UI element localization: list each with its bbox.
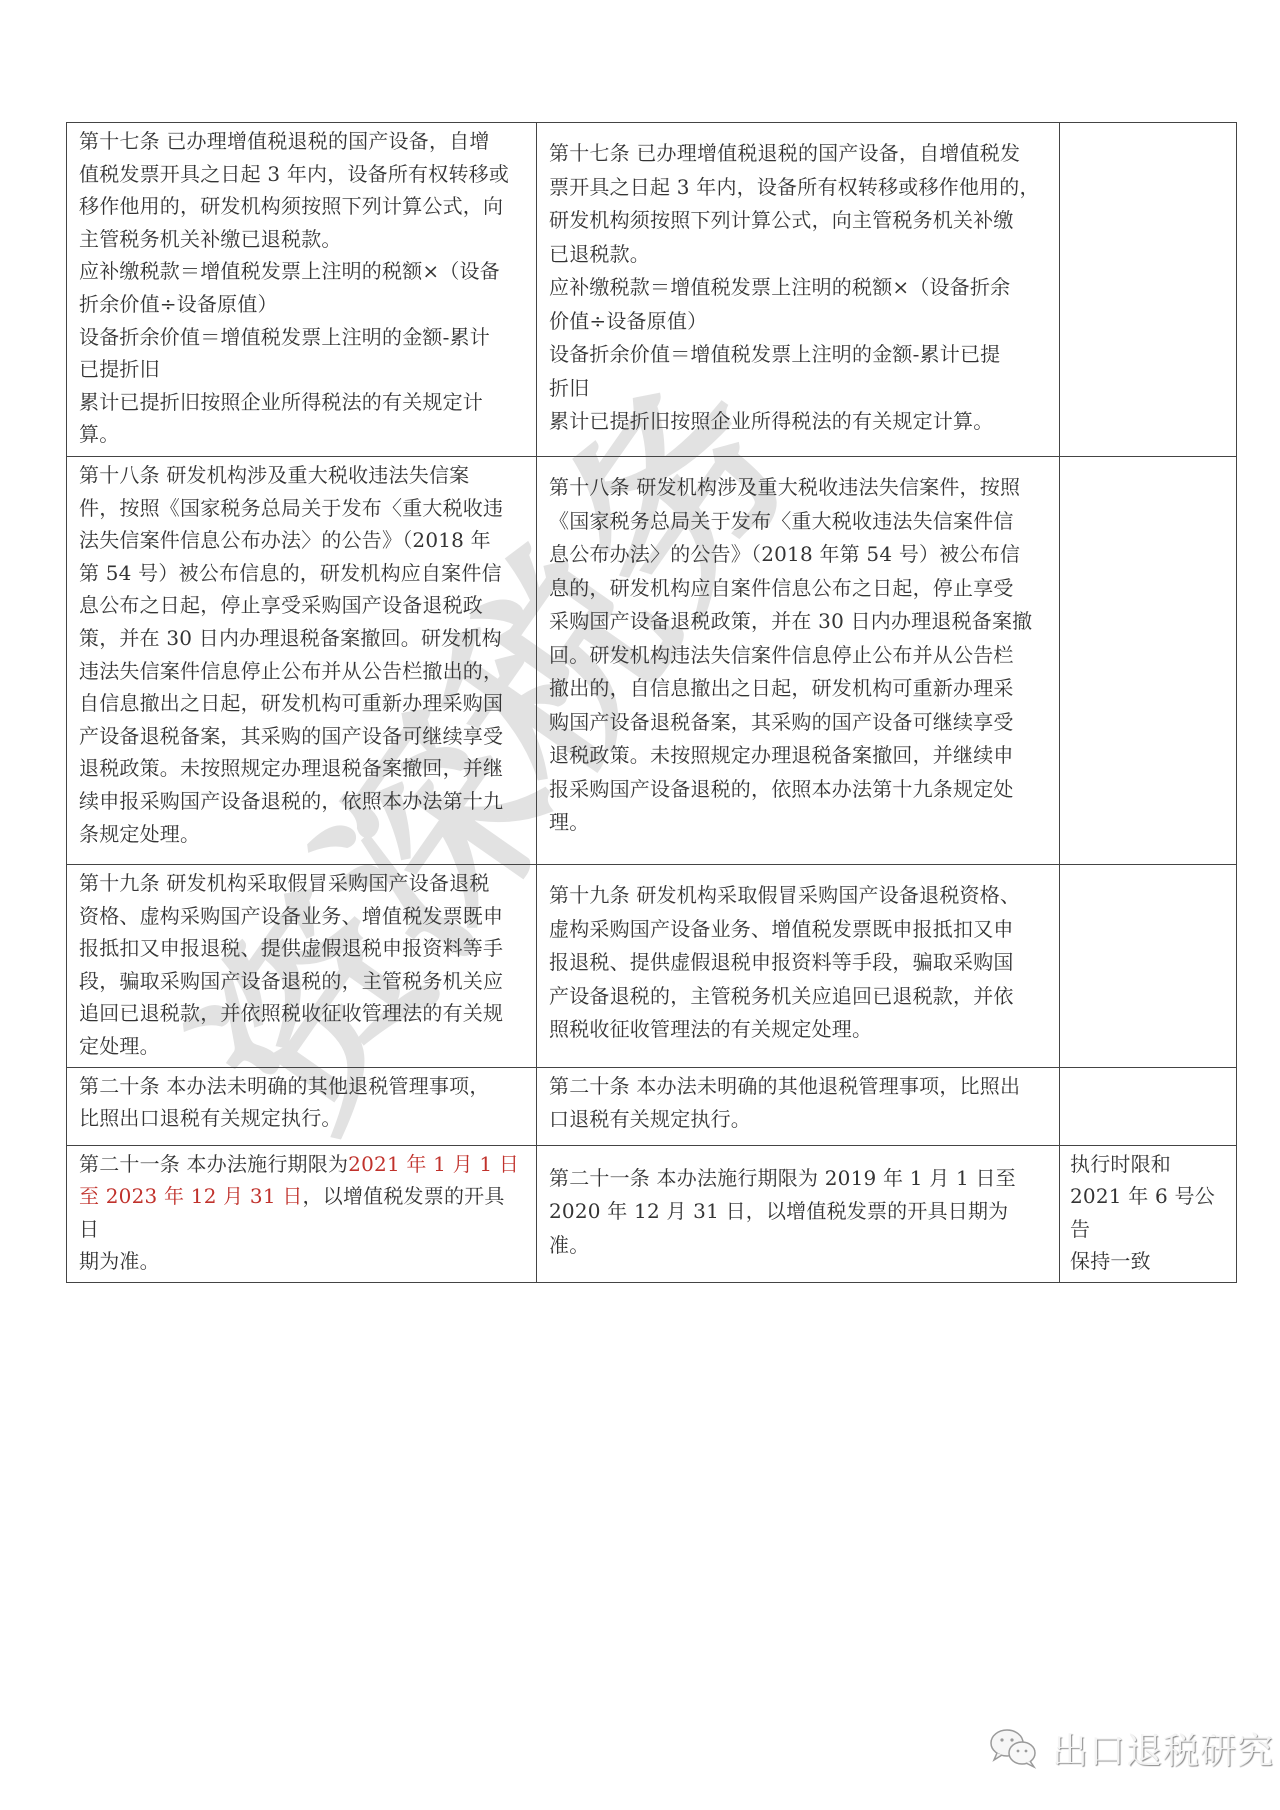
text-line: 报抵扣又申报退税、提供虚假退税申报资料等手: [79, 932, 524, 965]
note-cell: [1060, 1067, 1237, 1145]
text-line: 口退税有关规定执行。: [549, 1103, 1047, 1137]
text-line: 第十九条 研发机构采取假冒采购国产设备退税资格、: [549, 879, 1047, 913]
text-line: 采购国产设备退税政策，并在 30 日内办理退税备案撤: [549, 605, 1047, 639]
text-line: 期为准。: [79, 1245, 524, 1278]
text-line: 产设备退税备案，其采购的国产设备可继续享受: [79, 720, 524, 753]
text-line: 息公布办法〉的公告》（2018 年第 54 号）被公布信: [549, 538, 1047, 572]
footer-brand: 出口退税研究: [988, 1724, 1274, 1772]
note-line: 执行时限和: [1070, 1148, 1224, 1181]
text-line: 折旧: [549, 372, 1047, 406]
text-line: 资格、虚构采购国产设备业务、增值税发票既申: [79, 900, 524, 933]
text-line: 报退税、提供虚假退税申报资料等手段，骗取采购国: [549, 946, 1047, 980]
note-line: 保持一致: [1070, 1245, 1224, 1278]
old-text-cell: 第二十一条 本办法施行期限为 2019 年 1 月 1 日至 2020 年 12…: [537, 1145, 1060, 1282]
text-line: 定处理。: [79, 1030, 524, 1063]
text-line: 条规定处理。: [79, 818, 524, 851]
text-line: 自信息撤出之日起，研发机构可重新办理采购国: [79, 687, 524, 720]
text-line: 第十七条 已办理增值税退税的国产设备，自增值税发: [549, 137, 1047, 171]
note-cell: [1060, 457, 1237, 865]
document-page: 资深税务 第十七条 已办理增值税退税的国产设备，自增 值税发票开具之日起 3 年…: [0, 0, 1280, 1810]
brand-name: 出口退税研究: [1052, 1723, 1274, 1774]
text-line: 退税政策。未按照规定办理退税备案撤回，并继: [79, 752, 524, 785]
text-line: 追回已退税款，并依照税收征收管理法的有关规: [79, 997, 524, 1030]
text-line: 回。研发机构违法失信案件信息停止公布并从公告栏: [549, 639, 1047, 673]
text-line: 第十九条 研发机构采取假冒采购国产设备退税: [79, 867, 524, 900]
text-line: 息的，研发机构应自案件信息公布之日起，停止享受: [549, 572, 1047, 606]
text-line: 产设备退税的，主管税务机关应追回已退税款，并依: [549, 980, 1047, 1014]
text-line: 第二十条 本办法未明确的其他退税管理事项，比照出: [549, 1070, 1047, 1104]
new-text-cell: 第二十条 本办法未明确的其他退税管理事项， 比照出口退税有关规定执行。: [67, 1067, 537, 1145]
text-line: 累计已提折旧按照企业所得税法的有关规定计: [79, 386, 524, 419]
text-line: 策，并在 30 日内办理退税备案撤回。研发机构: [79, 622, 524, 655]
text-line: 比照出口退税有关规定执行。: [79, 1102, 524, 1135]
wechat-icon: [988, 1726, 1040, 1770]
new-text-cell: 第十九条 研发机构采取假冒采购国产设备退税 资格、虚构采购国产设备业务、增值税发…: [67, 865, 537, 1068]
note-cell: [1060, 123, 1237, 457]
text-line: 购国产设备退税备案，其采购的国产设备可继续享受: [549, 706, 1047, 740]
text-line: 累计已提折旧按照企业所得税法的有关规定计算。: [549, 405, 1047, 439]
text-line: 值税发票开具之日起 3 年内，设备所有权转移或: [79, 158, 524, 191]
text-line: 应补缴税款＝增值税发票上注明的税额×（设备折余: [549, 271, 1047, 305]
text-line: 移作他用的，研发机构须按照下列计算公式，向: [79, 190, 524, 223]
table-row: 第十七条 已办理增值税退税的国产设备，自增 值税发票开具之日起 3 年内，设备所…: [67, 123, 1237, 457]
table-row: 第二十条 本办法未明确的其他退税管理事项， 比照出口退税有关规定执行。 第二十条…: [67, 1067, 1237, 1145]
text-line: 第 54 号）被公布信息的，研发机构应自案件信: [79, 557, 524, 590]
text-line: 理。: [549, 806, 1047, 840]
old-text-cell: 第二十条 本办法未明确的其他退税管理事项，比照出 口退税有关规定执行。: [537, 1067, 1060, 1145]
new-text-cell: 第十七条 已办理增值税退税的国产设备，自增 值税发票开具之日起 3 年内，设备所…: [67, 123, 537, 457]
text-line: 已退税款。: [549, 238, 1047, 272]
text-line: 退税政策。未按照规定办理退税备案撤回，并继续申: [549, 739, 1047, 773]
text-line: 价值÷设备原值）: [549, 305, 1047, 339]
text-line: 第十八条 研发机构涉及重大税收违法失信案: [79, 459, 524, 492]
note-line: 2021 年 6 号公告: [1070, 1180, 1224, 1245]
text-line: 研发机构须按照下列计算公式，向主管税务机关补缴: [549, 204, 1047, 238]
text-line: 折余价值÷设备原值）: [79, 288, 524, 321]
text-line: 设备折余价值＝增值税发票上注明的金额-累计已提: [549, 338, 1047, 372]
comparison-table: 第十七条 已办理增值税退税的国产设备，自增 值税发票开具之日起 3 年内，设备所…: [66, 122, 1237, 1283]
text-line: 法失信案件信息公布办法〉的公告》（2018 年: [79, 524, 524, 557]
text-line: 段，骗取采购国产设备退税的，主管税务机关应: [79, 965, 524, 998]
text-line: 第十八条 研发机构涉及重大税收违法失信案件，按照: [549, 471, 1047, 505]
old-text-cell: 第十九条 研发机构采取假冒采购国产设备退税资格、 虚构采购国产设备业务、增值税发…: [537, 865, 1060, 1068]
text-line: 违法失信案件信息停止公布并从公告栏撤出的，: [79, 655, 524, 688]
text-line: 照税收征收管理法的有关规定处理。: [549, 1013, 1047, 1047]
text-line: 第十七条 已办理增值税退税的国产设备，自增: [79, 125, 524, 158]
text-line: 票开具之日起 3 年内，设备所有权转移或移作他用的，: [549, 171, 1047, 205]
text-line: 至 2023 年 12 月 31 日，以增值税发票的开具日: [79, 1180, 524, 1245]
old-text-cell: 第十七条 已办理增值税退税的国产设备，自增值税发 票开具之日起 3 年内，设备所…: [537, 123, 1060, 457]
table-row: 第十九条 研发机构采取假冒采购国产设备退税 资格、虚构采购国产设备业务、增值税发…: [67, 865, 1237, 1068]
new-text-cell: 第十八条 研发机构涉及重大税收违法失信案 件，按照《国家税务总局关于发布〈重大税…: [67, 457, 537, 865]
highlighted-date: 至 2023 年 12 月 31 日: [79, 1184, 303, 1208]
text-line: 件，按照《国家税务总局关于发布〈重大税收违: [79, 492, 524, 525]
table-row: 第二十一条 本办法施行期限为2021 年 1 月 1 日 至 2023 年 12…: [67, 1145, 1237, 1282]
text-line: 撤出的，自信息撤出之日起，研发机构可重新办理采: [549, 672, 1047, 706]
old-text-cell: 第十八条 研发机构涉及重大税收违法失信案件，按照 《国家税务总局关于发布〈重大税…: [537, 457, 1060, 865]
new-text-cell: 第二十一条 本办法施行期限为2021 年 1 月 1 日 至 2023 年 12…: [67, 1145, 537, 1282]
text-line: 算。: [79, 418, 524, 451]
text-line: 第二十一条 本办法施行期限为2021 年 1 月 1 日: [79, 1148, 524, 1181]
note-cell: [1060, 865, 1237, 1068]
text-line: 2020 年 12 月 31 日，以增值税发票的开具日期为准。: [549, 1195, 1047, 1262]
text-line: 第二十条 本办法未明确的其他退税管理事项，: [79, 1070, 524, 1103]
text-line: 第二十一条 本办法施行期限为 2019 年 1 月 1 日至: [549, 1162, 1047, 1196]
text-line: 报采购国产设备退税的，依照本办法第十九条规定处: [549, 773, 1047, 807]
table-row: 第十八条 研发机构涉及重大税收违法失信案 件，按照《国家税务总局关于发布〈重大税…: [67, 457, 1237, 865]
text-line: 续申报采购国产设备退税的，依照本办法第十九: [79, 785, 524, 818]
text-line: 息公布之日起，停止享受采购国产设备退税政: [79, 589, 524, 622]
text-line: 虚构采购国产设备业务、增值税发票既申报抵扣又申: [549, 913, 1047, 947]
text-line: 设备折余价值＝增值税发票上注明的金额-累计: [79, 321, 524, 354]
text-segment: 第二十一条 本办法施行期限为: [79, 1152, 348, 1176]
text-line: 《国家税务总局关于发布〈重大税收违法失信案件信: [549, 505, 1047, 539]
text-line: 主管税务机关补缴已退税款。: [79, 223, 524, 256]
text-line: 已提折旧: [79, 353, 524, 386]
text-line: 应补缴税款＝增值税发票上注明的税额×（设备: [79, 255, 524, 288]
highlighted-date: 2021 年 1 月 1 日: [348, 1152, 519, 1176]
note-cell: 执行时限和 2021 年 6 号公告 保持一致: [1060, 1145, 1237, 1282]
